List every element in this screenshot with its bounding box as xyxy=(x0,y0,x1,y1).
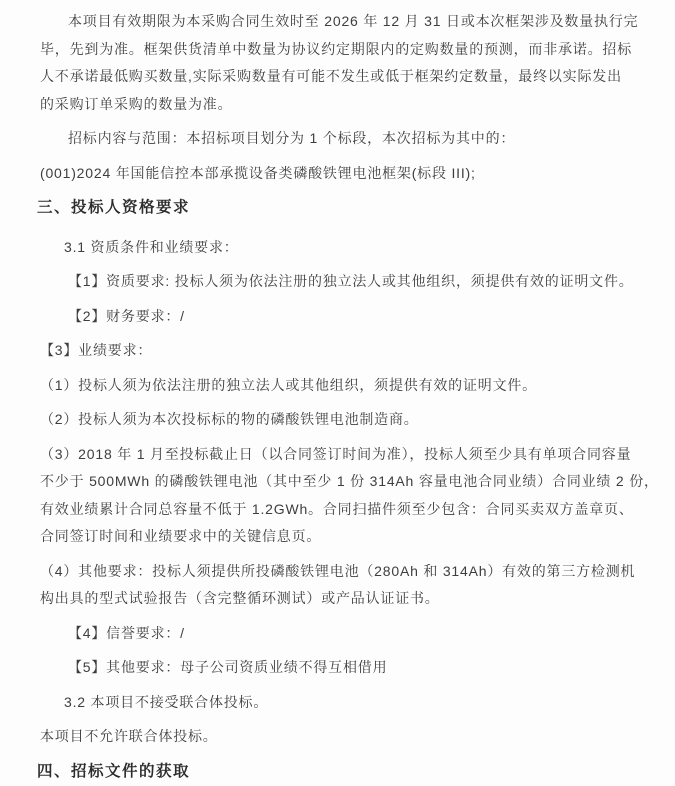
para-validity-period: 本项目有效期限为本采购合同生效时至 2026 年 12 月 31 日或本次框架涉… xyxy=(40,8,641,118)
para-req-4-credit-line-1: 【4】信誉要求：/ xyxy=(40,620,641,648)
para-perf-item-4: （4）其他要求：投标人须提供所投磷酸铁锂电池（280Ah 和 314Ah）有效的… xyxy=(40,558,641,613)
para-3-1-qualification-performance-line-1: 3.1 资质条件和业绩要求： xyxy=(40,234,641,262)
para-3-2-no-consortium: 3.2 本项目不接受联合体投标。 xyxy=(40,689,641,717)
heading-section-3-bidder-qualification: 三、投标人资格要求 xyxy=(37,194,641,222)
para-req-3-performance: 【3】业绩要求： xyxy=(40,337,641,365)
para-no-consortium-allowed: 本项目不允许联合体投标。 xyxy=(40,723,641,751)
para-lot-001-line-1: (001)2024 年国能信控本部承揽设备类磷酸铁锂电池框架(标段 III); xyxy=(40,160,641,188)
para-perf-item-3-line-4: 合同签订时间和业绩要求中的关键信息页。 xyxy=(40,523,641,551)
para-perf-item-1-line-1: （1）投标人须为依法注册的独立法人或其他组织，须提供有效的证明文件。 xyxy=(40,372,641,400)
para-validity-period-line-1: 本项目有效期限为本采购合同生效时至 2026 年 12 月 31 日或本次框架涉… xyxy=(40,8,641,36)
para-req-2-financial: 【2】财务要求：/ xyxy=(40,303,641,331)
para-perf-item-3-line-2: 不少于 500MWh 的磷酸铁锂电池（其中至少 1 份 314Ah 容量电池合同… xyxy=(40,468,641,496)
para-req-1-qualification: 【1】资质要求: 投标人须为依法注册的独立法人或其他组织，须提供有效的证明文件。 xyxy=(40,268,641,296)
para-perf-item-2: （2）投标人须为本次投标标的物的磷酸铁锂电池制造商。 xyxy=(40,406,641,434)
para-tender-scope: 招标内容与范围：本招标项目划分为 1 个标段，本次招标为其中的： xyxy=(40,125,641,153)
para-tender-scope-line-1: 招标内容与范围：本招标项目划分为 1 个标段，本次招标为其中的： xyxy=(40,125,641,153)
para-perf-item-2-line-1: （2）投标人须为本次投标标的物的磷酸铁锂电池制造商。 xyxy=(40,406,641,434)
para-req-5-other: 【5】其他要求：母子公司资质业绩不得互相借用 xyxy=(40,654,641,682)
para-perf-item-3-line-3: 有效业绩累计合同总容量不低于 1.2GWh。合同扫描件须至少包含：合同买卖双方盖… xyxy=(40,496,641,524)
para-req-5-other-line-1: 【5】其他要求：母子公司资质业绩不得互相借用 xyxy=(40,654,641,682)
para-perf-item-3-line-1: （3）2018 年 1 月至投标截止日（以合同签订时间为准），投标人须至少具有单… xyxy=(40,441,641,469)
document-page: 本项目有效期限为本采购合同生效时至 2026 年 12 月 31 日或本次框架涉… xyxy=(0,0,675,786)
heading-section-4-obtain-documents-line-1: 四、招标文件的获取 xyxy=(37,758,641,786)
para-validity-period-line-4: 的采购订单采购的数量为准。 xyxy=(40,91,641,119)
para-perf-item-4-line-1: （4）其他要求：投标人须提供所投磷酸铁锂电池（280Ah 和 314Ah）有效的… xyxy=(40,558,641,586)
para-req-2-financial-line-1: 【2】财务要求：/ xyxy=(40,303,641,331)
para-perf-item-1: （1）投标人须为依法注册的独立法人或其他组织，须提供有效的证明文件。 xyxy=(40,372,641,400)
para-validity-period-line-2: 毕，先到为准。框架供货清单中数量为协议约定期限内的定购数量的预测，而非承诺。招标 xyxy=(40,36,641,64)
para-req-4-credit: 【4】信誉要求：/ xyxy=(40,620,641,648)
heading-section-4-obtain-documents: 四、招标文件的获取 xyxy=(37,758,641,786)
para-perf-item-4-line-2: 构出具的型式试验报告（含完整循环测试）或产品认证证书。 xyxy=(40,585,641,613)
para-perf-item-3: （3）2018 年 1 月至投标截止日（以合同签订时间为准），投标人须至少具有单… xyxy=(40,441,641,551)
para-req-1-qualification-line-1: 【1】资质要求: 投标人须为依法注册的独立法人或其他组织，须提供有效的证明文件。 xyxy=(40,268,641,296)
para-3-2-no-consortium-line-1: 3.2 本项目不接受联合体投标。 xyxy=(40,689,641,717)
para-req-3-performance-line-1: 【3】业绩要求： xyxy=(40,337,641,365)
para-lot-001: (001)2024 年国能信控本部承揽设备类磷酸铁锂电池框架(标段 III); xyxy=(40,160,641,188)
para-validity-period-line-3: 人不承诺最低购买数量,实际采购数量有可能不发生或低于框架约定数量，最终以实际发出 xyxy=(40,63,641,91)
heading-section-3-bidder-qualification-line-1: 三、投标人资格要求 xyxy=(37,194,641,222)
para-no-consortium-allowed-line-1: 本项目不允许联合体投标。 xyxy=(40,723,641,751)
para-3-1-qualification-performance: 3.1 资质条件和业绩要求： xyxy=(40,234,641,262)
